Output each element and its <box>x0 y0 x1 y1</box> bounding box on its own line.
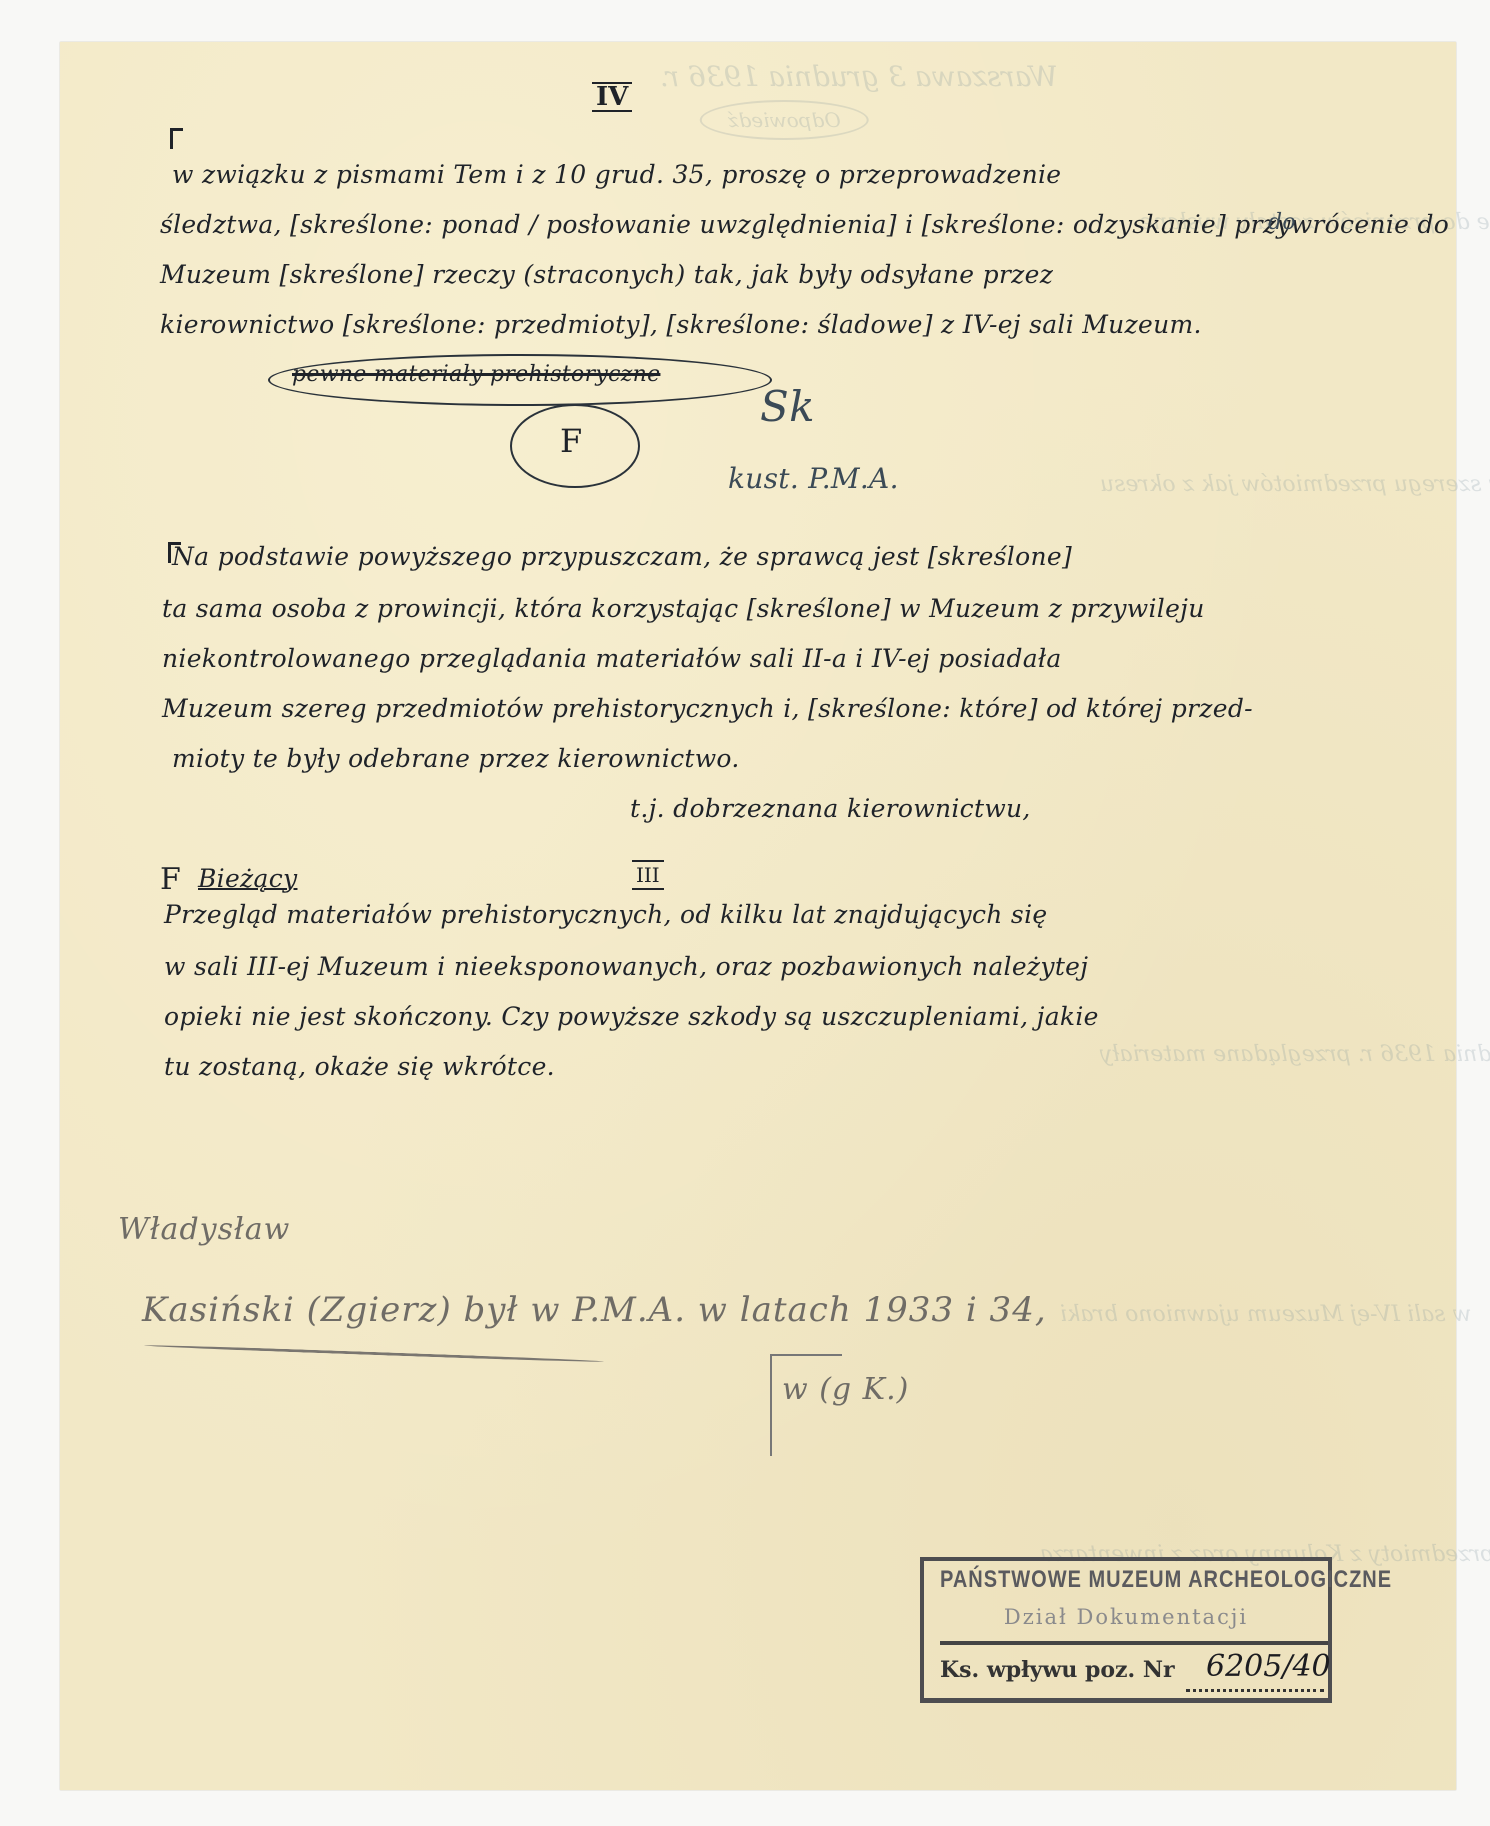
bleed-through-line: dnia 1936 r. przeglądane materiały <box>1100 1042 1490 1067</box>
conclusion-line-4: Muzeum szereg przedmiotów prehistoryczny… <box>162 694 1253 723</box>
margin-marker-f: F <box>160 862 181 897</box>
section-iv-line-4: kierownictwo [skreślone: przedmioty], [s… <box>160 310 1202 339</box>
pencil-first-name: Władysław <box>118 1212 290 1247</box>
conclusion-line-6: t.j. dobrzeznana kierownictwu, <box>630 794 1031 823</box>
stamp-accession-number: 6205/40 <box>1206 1649 1331 1684</box>
bleed-through-line: w sali IV-ej Muzeum ujawniono braki <box>1060 1302 1471 1327</box>
scan-background: Warszawa 3 grudnia 1936 r. Odpowiedź sto… <box>0 0 1490 1826</box>
signature-title: kust. P.M.A. <box>728 462 899 495</box>
section-numeral-iii: III <box>632 860 664 890</box>
section-iii-line-2: w sali III-ej Muzeum i nieeksponowanych,… <box>164 952 1088 981</box>
circled-letter-f: F <box>560 422 583 460</box>
bleed-through-date: Warszawa 3 grudnia 1936 r. <box>660 60 1058 93</box>
pencil-underline <box>144 1344 604 1363</box>
margin-addition-do: do <box>1268 210 1296 235</box>
section-iii-line-3: opieki nie jest skończony. Czy powyższe … <box>164 1002 1099 1031</box>
accession-stamp: PAŃSTWOWE MUZEUM ARCHEOLOGICZNE Dział Do… <box>920 1557 1332 1703</box>
pencil-note-line: Kasiński (Zgierz) był w P.M.A. w latach … <box>142 1290 1047 1330</box>
paragraph-bracket <box>170 128 183 149</box>
bleed-through-line: w szeregu przedmiotów jak z okresu <box>1100 472 1490 497</box>
circled-phrase: pewne materiały prehistoryczne <box>292 362 660 387</box>
conclusion-line-3: niekontrolowanego przeglądania materiałó… <box>162 644 1062 673</box>
section-iv-line-3: Muzeum [skreślone] rzeczy (straconych) t… <box>160 260 1053 289</box>
section-iv-line-2: śledztwa, [skreślone: ponad / posłowanie… <box>160 210 1449 239</box>
margin-note-biezacy: Bieżący <box>198 864 297 893</box>
section-iv-line-1: w związku z pismami Tem i z 10 grud. 35,… <box>172 160 1061 189</box>
pencil-bracket-note: w (g K.) <box>782 1372 909 1407</box>
stamp-accession-label: Ks. wpływu poz. Nr <box>940 1657 1175 1683</box>
conclusion-line-2: ta sama osoba z prowincji, która korzyst… <box>162 594 1205 623</box>
conclusion-line-1: Na podstawie powyższego przypuszczam, że… <box>172 542 1072 571</box>
signature-initials: Sk <box>760 382 815 431</box>
stamp-institution: PAŃSTWOWE MUZEUM ARCHEOLOGICZNE <box>940 1567 1324 1595</box>
section-iii-line-4: tu zostaną, okaże się wkrótce. <box>164 1052 555 1081</box>
bleed-through-circled: Odpowiedź <box>700 100 869 140</box>
section-iii-line-1: Przegląd materiałów prehistorycznych, od… <box>164 900 1047 929</box>
stamp-divider <box>940 1641 1328 1645</box>
conclusion-line-5: mioty te były odebrane przez kierownictw… <box>172 744 740 773</box>
section-numeral-iv: IV <box>592 82 632 112</box>
stamp-dotted-line <box>1186 1689 1324 1692</box>
stamp-department: Dział Dokumentacji <box>924 1605 1328 1629</box>
manuscript-page: Warszawa 3 grudnia 1936 r. Odpowiedź sto… <box>60 42 1456 1790</box>
